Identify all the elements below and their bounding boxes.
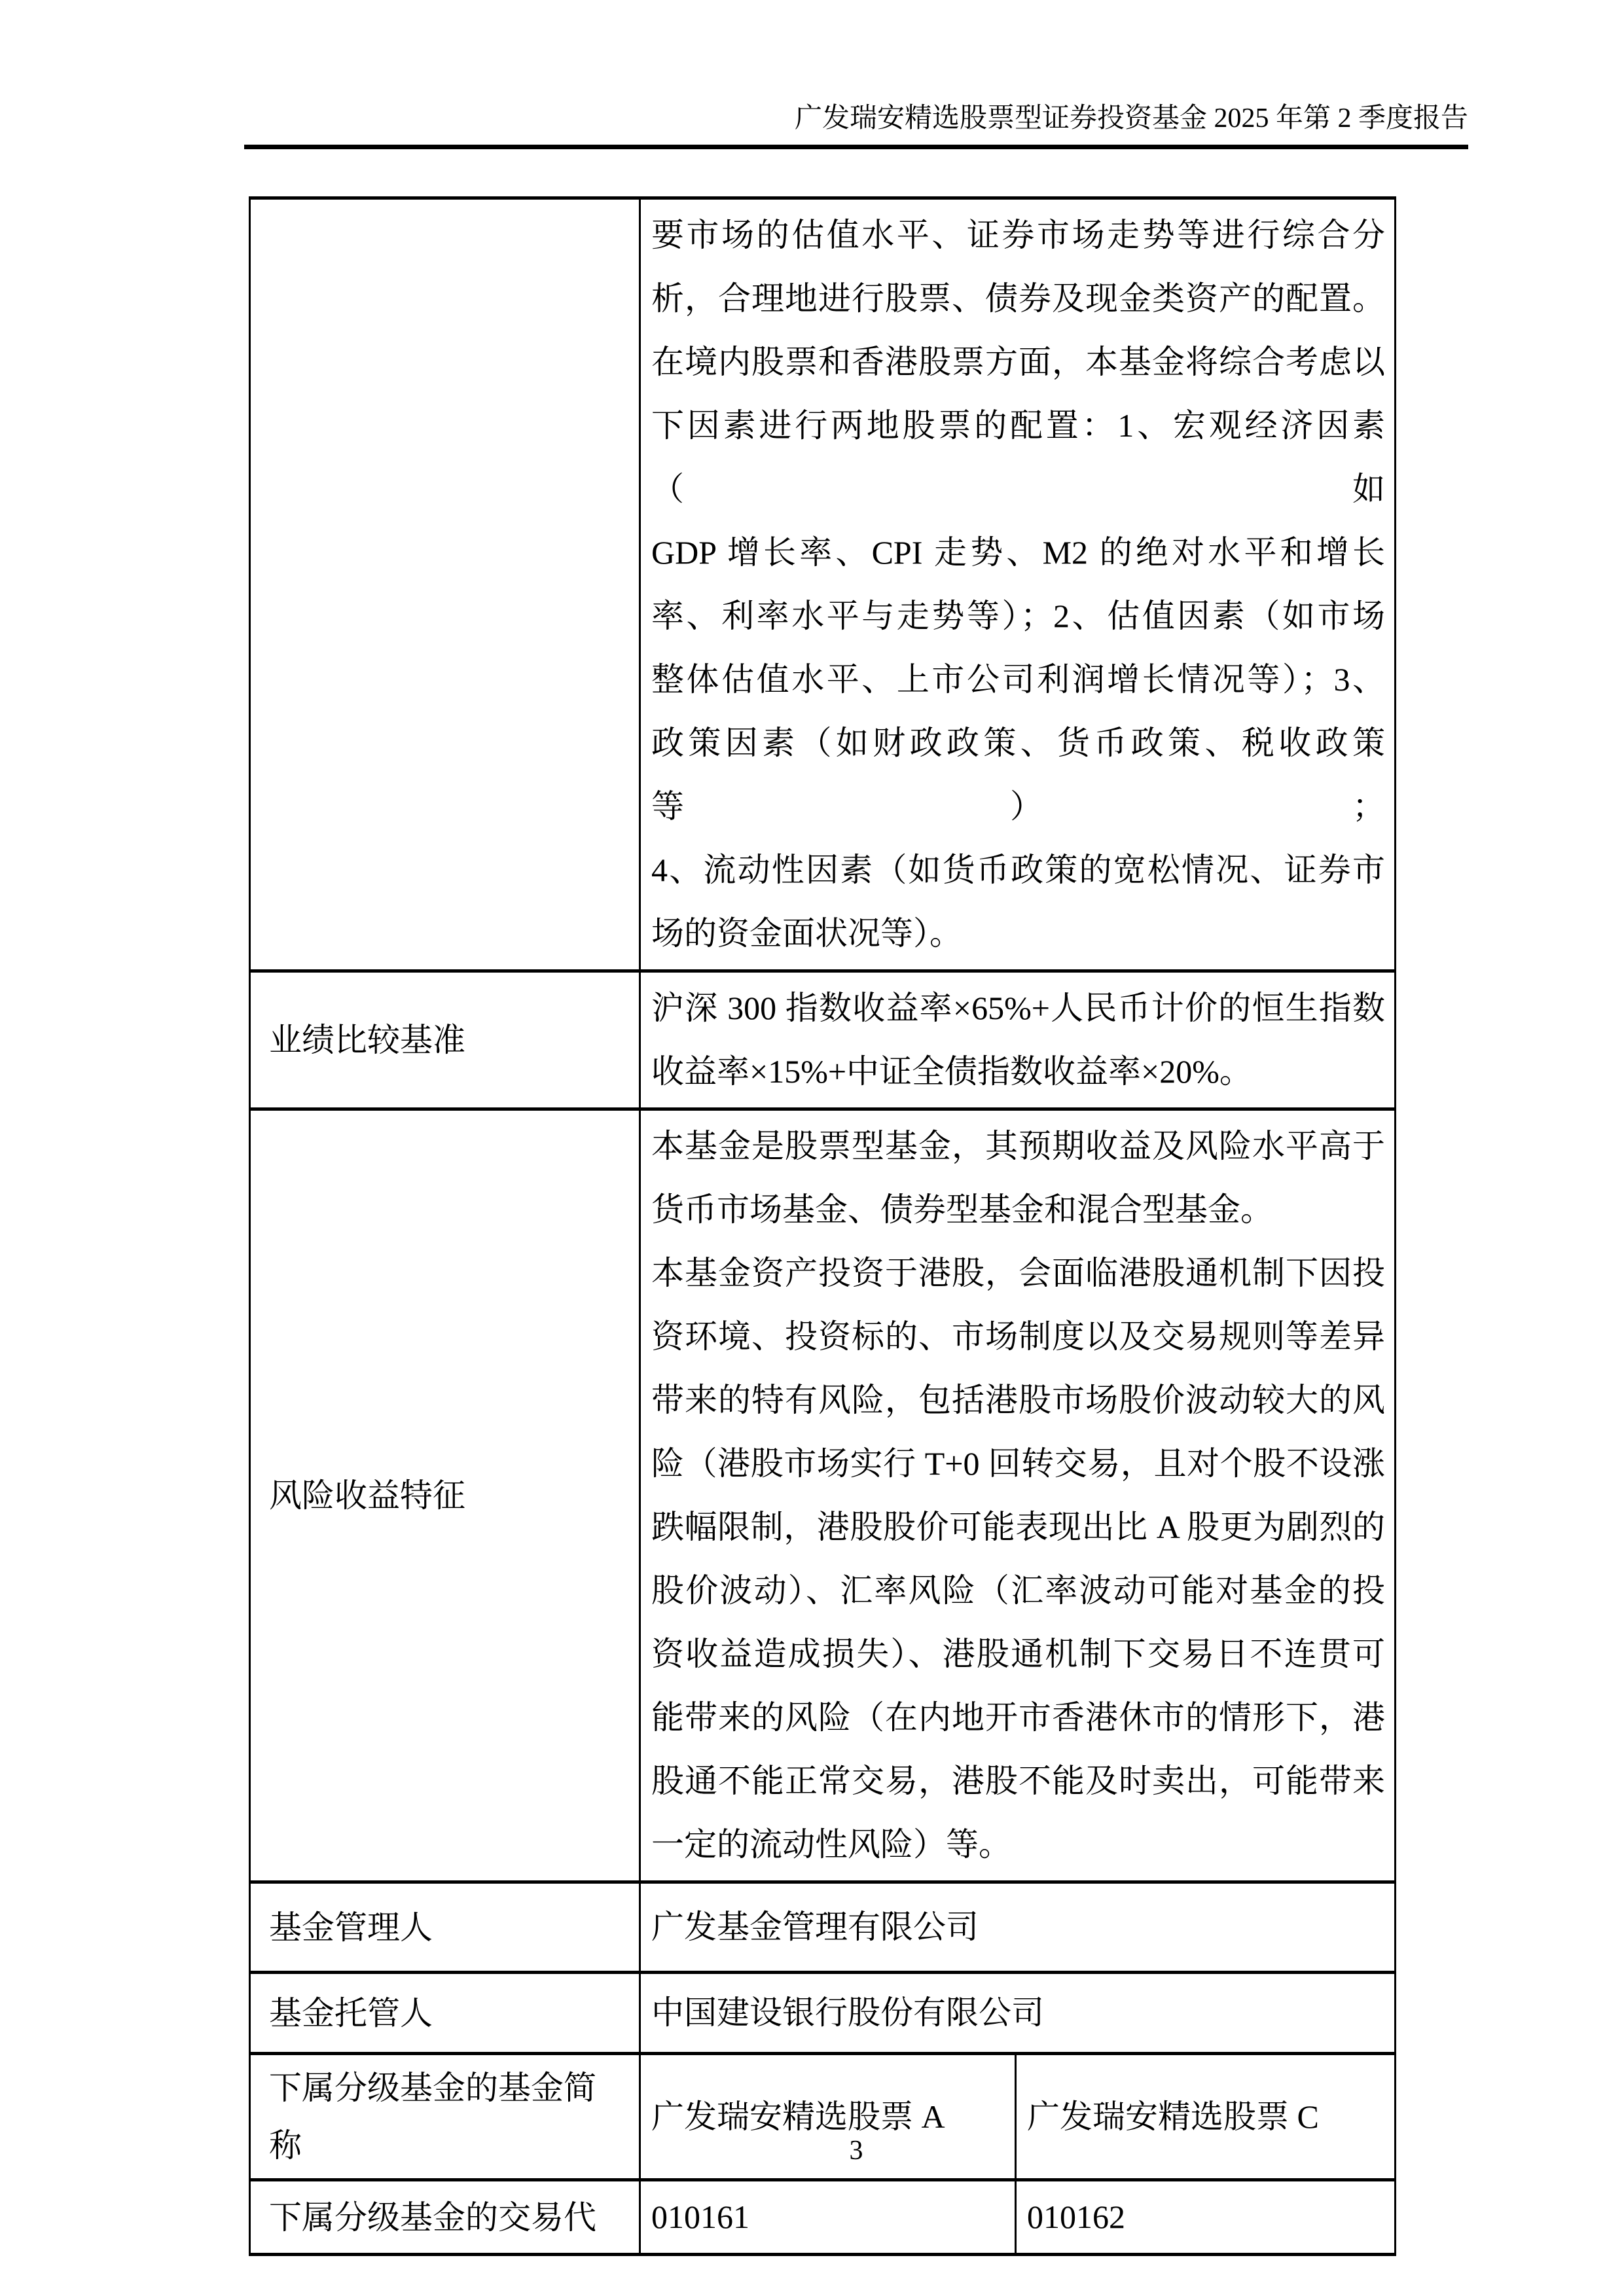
header-rule bbox=[244, 145, 1468, 149]
row-subfund-codes: 下属分级基金的交易代 010161 010162 bbox=[250, 2180, 1396, 2255]
fund-custodian-value: 中国建设银行股份有限公司 bbox=[640, 1973, 1396, 2054]
strategy-line: 下因素进行两地股票的配置：1、宏观经济因素（如 bbox=[651, 394, 1385, 521]
strategy-line: GDP 增长率、CPI 走势、M2 的绝对水平和增长 bbox=[651, 521, 1385, 584]
strategy-line: 4、流动性因素（如货币政策的宽松情况、证券市 bbox=[651, 838, 1385, 902]
strategy-line: 政策因素（如财政政策、货币政策、税收政策等）； bbox=[651, 711, 1385, 838]
risk-line: 本基金资产投资于港股，会面临港股通机制下因投 bbox=[651, 1242, 1385, 1305]
risk-line: 货币市场基金、债券型基金和混合型基金。 bbox=[651, 1178, 1385, 1242]
strategy-line: 场的资金面状况等）。 bbox=[651, 902, 1385, 965]
investment-strategy-label-cell bbox=[250, 198, 640, 971]
subfund-code-c: 010162 bbox=[1016, 2180, 1396, 2255]
risk-line: 股通不能正常交易，港股不能及时卖出，可能带来 bbox=[651, 1749, 1385, 1813]
subfund-code-a: 010161 bbox=[640, 2180, 1016, 2255]
fund-custodian-name: 中国建设银行股份有限公司 bbox=[651, 1981, 1385, 2045]
benchmark-line: 收益率×15%+中证全债指数收益率×20%。 bbox=[651, 1040, 1385, 1103]
fund-info-table: 要市场的估值水平、证券市场走势等进行综合分 析，合理地进行股票、债券及现金类资产… bbox=[249, 196, 1396, 2256]
subfund-code-label: 下属分级基金的交易代 bbox=[250, 2180, 640, 2255]
benchmark-value-cell: 沪深 300 指数收益率×65%+人民币计价的恒生指数 收益率×15%+中证全债… bbox=[640, 971, 1396, 1109]
risk-line: 带来的特有风险，包括港股市场股价波动较大的风 bbox=[651, 1369, 1385, 1432]
row-fund-manager: 基金管理人 广发基金管理有限公司 bbox=[250, 1882, 1396, 1973]
header-title: 广发瑞安精选股票型证券投资基金 2025 年第 2 季度报告 bbox=[244, 99, 1468, 137]
strategy-line: 要市场的估值水平、证券市场走势等进行综合分 bbox=[651, 204, 1385, 267]
risk-line: 股价波动）、汇率风险（汇率波动可能对基金的投 bbox=[651, 1559, 1385, 1623]
benchmark-label: 业绩比较基准 bbox=[250, 971, 640, 1109]
row-benchmark: 业绩比较基准 沪深 300 指数收益率×65%+人民币计价的恒生指数 收益率×1… bbox=[250, 971, 1396, 1109]
fund-manager-label: 基金管理人 bbox=[250, 1882, 640, 1973]
strategy-line: 析，合理地进行股票、债券及现金类资产的配置。 bbox=[651, 267, 1385, 331]
subfund-code-a-text: 010161 bbox=[651, 2185, 1005, 2249]
fund-manager-name: 广发基金管理有限公司 bbox=[651, 1895, 1385, 1959]
row-investment-strategy: 要市场的估值水平、证券市场走势等进行综合分 析，合理地进行股票、债券及现金类资产… bbox=[250, 198, 1396, 971]
fund-custodian-label: 基金托管人 bbox=[250, 1973, 640, 2054]
investment-strategy-text-cell: 要市场的估值水平、证券市场走势等进行综合分 析，合理地进行股票、债券及现金类资产… bbox=[640, 198, 1396, 971]
risk-line: 能带来的风险（在内地开市香港休市的情形下，港 bbox=[651, 1686, 1385, 1749]
benchmark-line: 沪深 300 指数收益率×65%+人民币计价的恒生指数 bbox=[651, 977, 1385, 1040]
subfund-code-c-text: 010162 bbox=[1027, 2185, 1385, 2249]
risk-return-text-cell: 本基金是股票型基金，其预期收益及风险水平高于 货币市场基金、债券型基金和混合型基… bbox=[640, 1109, 1396, 1882]
risk-line: 本基金是股票型基金，其预期收益及风险水平高于 bbox=[651, 1115, 1385, 1178]
risk-line: 跌幅限制，港股股价可能表现出比 A 股更为剧烈的 bbox=[651, 1496, 1385, 1559]
strategy-line: 率、利率水平与走势等）；2、估值因素（如市场 bbox=[651, 584, 1385, 648]
risk-return-label: 风险收益特征 bbox=[250, 1109, 640, 1882]
risk-line: 资收益造成损失）、港股通机制下交易日不连贯可 bbox=[651, 1623, 1385, 1686]
strategy-line: 整体估值水平、上市公司利润增长情况等）；3、 bbox=[651, 648, 1385, 711]
page-number: 3 bbox=[244, 2135, 1468, 2166]
fund-manager-value: 广发基金管理有限公司 bbox=[640, 1882, 1396, 1973]
risk-line: 一定的流动性风险）等。 bbox=[651, 1813, 1385, 1876]
risk-line: 险（港股市场实行 T+0 回转交易，且对个股不设涨 bbox=[651, 1432, 1385, 1496]
risk-line: 资环境、投资标的、市场制度以及交易规则等差异 bbox=[651, 1305, 1385, 1369]
row-risk-return: 风险收益特征 本基金是股票型基金，其预期收益及风险水平高于 货币市场基金、债券型… bbox=[250, 1109, 1396, 1882]
row-fund-custodian: 基金托管人 中国建设银行股份有限公司 bbox=[250, 1973, 1396, 2054]
strategy-line: 在境内股票和香港股票方面，本基金将综合考虑以 bbox=[651, 331, 1385, 394]
